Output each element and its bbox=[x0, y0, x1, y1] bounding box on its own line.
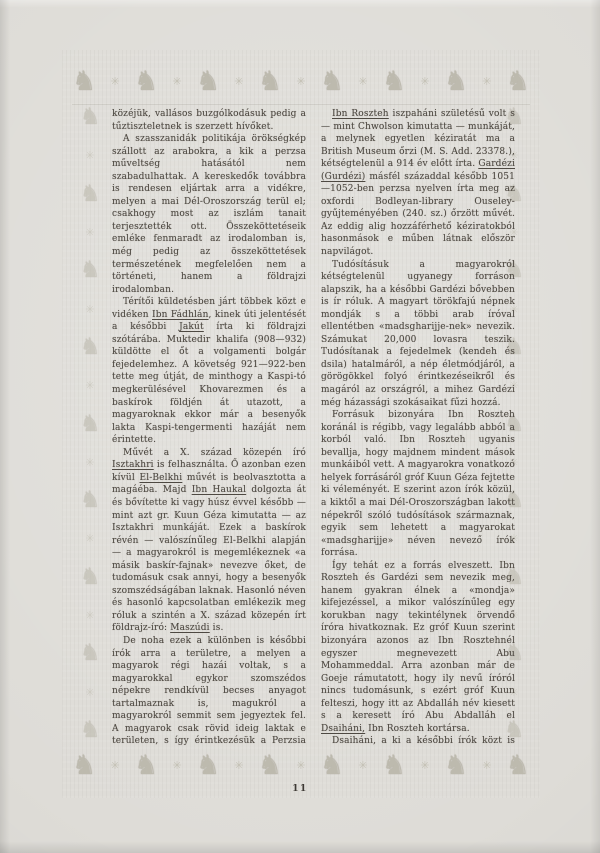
text-run: A szasszanidák politikája örökségkép szá… bbox=[112, 134, 306, 295]
text-run: Tudósításuk a magyarokról kétségtelenül … bbox=[321, 260, 515, 408]
underlined-source-name: Jakút bbox=[179, 322, 204, 332]
underlined-source-name: El-Belkhi bbox=[139, 473, 182, 483]
text-run: is. bbox=[210, 623, 224, 633]
paragraph: Térítői küldetésben járt többek közt e v… bbox=[112, 296, 306, 447]
text-column-left: közéjük, vallásos buzgólkodásuk pedig a … bbox=[112, 108, 306, 746]
underlined-source-name: Ibn Fádhlán bbox=[152, 310, 209, 320]
paragraph: Forrásuk bizonyára Ibn Roszteh koránál i… bbox=[321, 409, 515, 560]
text-run: De noha ezek a különben is későbbi írók … bbox=[112, 636, 306, 746]
text-run: írta ki földrajzi szótárába. Muktedir kh… bbox=[112, 322, 306, 445]
text-run: közéjük, vallásos buzgólkodásuk pedig a … bbox=[112, 109, 306, 132]
scanned-book-page: ♞✳♞✳♞✳♞✳♞✳♞✳♞✳♞ ♞✳♞✳♞✳♞✳♞✳♞✳♞✳♞✳♞ ♞✳♞✳♞✳… bbox=[0, 0, 600, 853]
underlined-source-name: Maszúdi bbox=[170, 623, 209, 633]
paragraph: De noha ezek a különben is későbbi írók … bbox=[112, 635, 306, 746]
paragraph: Ibn Roszteh iszpaháni születésű volt s —… bbox=[321, 108, 515, 259]
paragraph: Dsaiháni, a ki a későbbi írók közt is na… bbox=[321, 735, 515, 746]
text-run: Dsaiháni, a ki a későbbi írók közt is na… bbox=[321, 736, 515, 746]
text-run: Így tehát ez a forrás elveszett. Ibn Ros… bbox=[321, 561, 515, 722]
text-column-right: Ibn Roszteh iszpaháni születésű volt s —… bbox=[321, 108, 515, 746]
underlined-source-name: Isztakhri bbox=[112, 460, 154, 470]
text-run: Forrásuk bizonyára Ibn Roszteh koránál i… bbox=[321, 410, 515, 558]
paragraph: Művét a X. század közepén író Isztakhri … bbox=[112, 447, 306, 635]
text-run: Ibn Roszteh kortársa. bbox=[365, 724, 470, 734]
underlined-source-name: Ibn Haukal bbox=[192, 485, 246, 495]
paragraph: A szasszanidák politikája örökségkép szá… bbox=[112, 133, 306, 296]
underlined-source-name: Dsaiháni, bbox=[321, 724, 365, 734]
page-number: 11 bbox=[0, 784, 600, 794]
paragraph: közéjük, vallásos buzgólkodásuk pedig a … bbox=[112, 108, 306, 133]
text-block: közéjük, vallásos buzgólkodásuk pedig a … bbox=[112, 108, 516, 746]
paragraph: Tudósításuk a magyarokról kétségtelenül … bbox=[321, 259, 515, 410]
underlined-source-name: Ibn Roszteh bbox=[332, 109, 389, 119]
text-run: dolgozta át és bővítette ki vagy húsz év… bbox=[112, 485, 306, 633]
text-run: Művét a X. század közepén író bbox=[123, 448, 306, 458]
text-run: másfél századdal később 1051—1052-ben pe… bbox=[321, 172, 515, 257]
paragraph: Így tehát ez a forrás elveszett. Ibn Ros… bbox=[321, 560, 515, 736]
